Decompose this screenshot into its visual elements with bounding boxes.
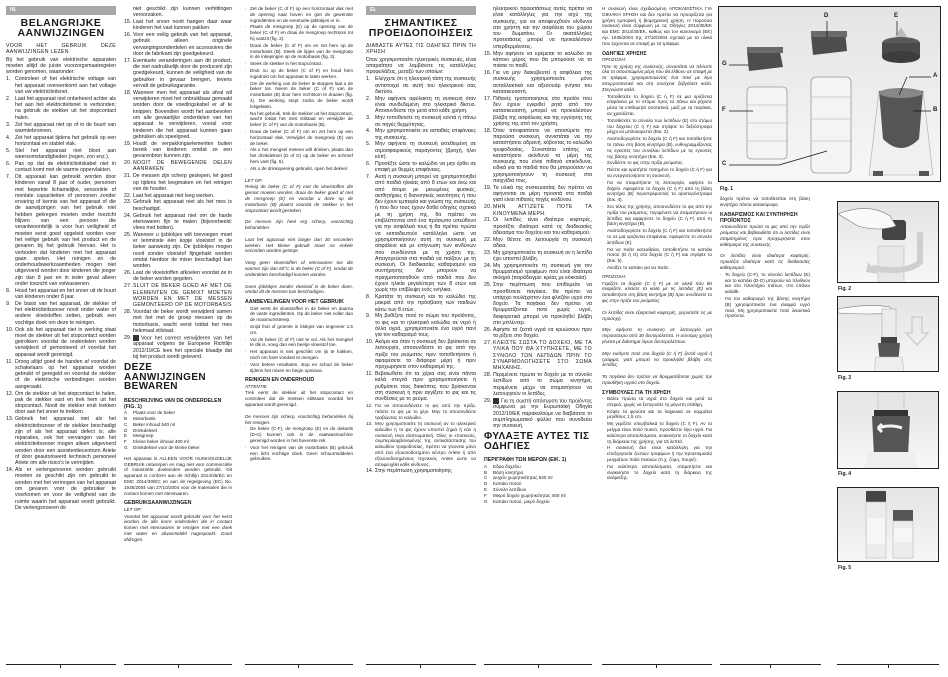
nl-warning-item: 8.Houd het apparaat en het snoer uit de …	[6, 288, 116, 301]
nl-warning-item: 3.Zet het apparaat niet op of in de buur…	[6, 122, 116, 135]
el-warning-item: 2.Μην αφήνετε αφύλακτη τη συσκευή όταν ε…	[366, 96, 476, 115]
nl-usage-intro: Voordat het apparaat wordt gebruikt voor…	[124, 514, 232, 543]
page-number-tick	[420, 664, 421, 668]
el-column-4: δοχείο πρέπει να τοποθετείται στη βάση κ…	[720, 196, 810, 636]
nl-title: BELANGRIJKE AANWIJZINGEN	[6, 18, 116, 38]
nl-warning-item: 13.Gebruik het apparaat niet als het ele…	[6, 416, 116, 466]
page-footer-rule	[245, 664, 353, 665]
el-usage-step: Τοποθετείτε το σύνολο των λεπίδων (E) στ…	[602, 118, 712, 135]
nl-cleaning-intro: Trek eerst de stekker uit het stopcontac…	[245, 390, 353, 407]
fig1-label-f: F	[722, 107, 726, 113]
el-warning-item: 19.Τα υλικά της συσκευασίας δεν πρέπει ν…	[484, 185, 592, 204]
page-footer-rule	[6, 664, 116, 665]
nl-warnings-list-continued: niet geschikt zijn kunnen verhittingen v…	[124, 6, 232, 360]
el-cleaning-intro: Αποσυνδέστε πρώτα το φις από την πρίζα ρ…	[720, 224, 810, 247]
page-number-tick	[178, 664, 179, 668]
page-number-tick	[538, 664, 539, 668]
nl-warning-item: 17.Eventuele veranderingen aan dit produ…	[124, 58, 232, 89]
nl-tip: Het apparaat is niet geschikt om ijs te …	[245, 349, 353, 361]
fig1-label-a: A	[933, 73, 937, 79]
nl-warning-item: 23.Gebruik het apparaat niet als het mes…	[124, 199, 232, 212]
page-number-tick	[298, 664, 299, 668]
el-attention-note: Οι λεπίδες είναι εξαιρετικά κοφτερές, χε…	[602, 310, 712, 322]
el-cleaning-item: Για τον καθαρισμό της βάσης κινητήρα (B)…	[720, 296, 810, 319]
jar-on-motor-base-illustration	[838, 297, 939, 372]
nl-attention-note: Voeg geen vloeistoffen of etenswaren toe…	[245, 260, 353, 277]
nl-intro: Bij het gebruik van elektrische apparate…	[6, 57, 116, 76]
nl-usage-step: Plaats de mesgroep (E) op de opening van…	[245, 24, 353, 41]
el-warning-item: 6.Προσέξτε ώστε το καλώδιο να μην έρθει …	[366, 161, 476, 174]
el-warning-item: 3.Μην τοποθετείτε τη συσκευή κοντά ή πάν…	[366, 115, 476, 128]
nl-warning-item: 11.Droog altijd goed de handen af voorda…	[6, 359, 116, 390]
el-usage-intro: Πριν τη χρήση της συσκευής, συνιστάται ν…	[602, 64, 712, 93]
nl-warning-item: 27.SLUIT DE BEKER GOED AF MET DE ELEMENT…	[124, 283, 232, 308]
el-cleaning-list: Το δοχείο (C-F), το σύνολο λεπίδων (E) κ…	[720, 272, 810, 319]
page-number-tick	[770, 664, 771, 668]
fig4-caption: Fig. 4	[838, 471, 851, 477]
el-warning-item: 14.Στην περίπτωση χρησιμοποίησης	[366, 468, 476, 474]
nl-attention-note: De messen zijn heel erg scherp, voorzich…	[245, 219, 353, 231]
el-title: ΣΗΜΑΝΤΙΚΕΣ ΠΡΟΕΙΔΟΠΟΙΗΣΕΙΣ	[366, 18, 476, 38]
page-footer-rule	[602, 664, 712, 665]
nl-intro-caps: VOOR HET GEBRUIK DEZE AANWIJZINGEN LEZEN	[6, 43, 116, 56]
el-usage-step: Για να πιείτε κατευθείαν, τοποθετήστε το…	[602, 247, 712, 264]
page-number-tick	[888, 664, 889, 668]
fig1-label-c: C	[722, 161, 726, 167]
el-usage-step: Για να σταματήσετε τη λειτουργία, αφήστε…	[602, 180, 712, 203]
fig1-label-b: B	[933, 107, 937, 113]
nl-warning-item: niet geschikt zijn kunnen verhittingen v…	[124, 6, 232, 19]
nl-warning-item: 22.Laat het apparaat niet leeg werken.	[124, 193, 232, 199]
fig1-label-g: G	[722, 61, 727, 67]
nl-usage-step: Als u het mengsel meteen wilt drinken, p…	[245, 147, 353, 164]
el-warning-item: 28.Περιμένετε πρώτα το δοχείο με το σύνο…	[484, 372, 592, 397]
el-tip: Μη γεμίζετε υπερβολικά το δοχείο (C ή F)…	[602, 421, 712, 444]
nl-warning-item: 16.Voor een veilig gebruik van het appar…	[124, 32, 232, 57]
nl-attention-note: Geen ijsblokjes zonder vloeistof in de b…	[245, 284, 353, 296]
el-warning-item: 24.Μη χρησιμοποιείτε τη συσκευή για τον …	[484, 263, 592, 282]
el-attention-label: ΠΡΟΣΟΧΗ:	[602, 274, 712, 280]
nl-usage-step: Om de werking van de beker te stoppen la…	[245, 81, 353, 110]
figure-1-exploded-view: G D E A B F C	[718, 6, 941, 182]
nl-attention-label: LET OP:	[245, 178, 353, 184]
nl-usage-step: Na het gebruik, trek de stekker uit het …	[245, 111, 353, 128]
el-warning-item: 26.Αφήστε τα ζεστά υγρά να κρυώσουν πριν…	[484, 327, 592, 340]
el-warning-item: 4.Μην χρησιμοποιείτε σε ασταθείς επιφάνε…	[366, 128, 476, 141]
nl-warning-item: 7.Dit apparaat kan gebruikt worden door …	[6, 174, 116, 287]
el-save-heading: ΦΥΛΑΞΤΕ ΑΥΤΕΣ ΤΙΣ ΟΔΗΓΙΕΣ	[484, 432, 592, 451]
nl-warning-item: 26.Laat de vloeistoffen afkoelen voordat…	[124, 270, 232, 283]
figure-5-jars-with-lids	[837, 487, 939, 562]
nl-warning-item: 6.Pas op dat de elektriciteitskabel niet…	[6, 161, 116, 174]
nl-warning-item: 2.Laat het apparaat niet onbeheerd achte…	[6, 96, 116, 121]
el-attention-note: Τα παγάκια δεν πρέπει να θρυμματίζονται …	[602, 374, 712, 386]
el-tips-list: Βάλτε πρώτα τα υγρά στο δοχείο και μετά …	[602, 396, 712, 481]
el-tips-tail: δοχείο πρέπει να τοποθετείται στη βάση κ…	[720, 196, 810, 208]
language-tab-el: EL	[366, 6, 476, 15]
nl-usage-step: Steek de stekker in het stopcontact.	[245, 61, 353, 67]
el-warning-item: 7.Αυτή η συσκευή μπορεί να χρησιμοποιηθε…	[366, 174, 476, 294]
jars-with-drink-lids-illustration	[838, 488, 939, 562]
el-usage-attention: ΠΡΟΣΟΧΗ:	[602, 57, 712, 63]
el-parts-list: AΕδρα δοχείου BΒάση κινητήρα CΔοχείο χωρ…	[484, 464, 592, 505]
nl-warning-item: 5.Stel het apparaat niet bloot aan weers…	[6, 148, 116, 161]
el-intro: Όταν χρησιμοποιείτε ηλεκτρικές συσκευές,…	[366, 57, 476, 76]
nl-attention-note: Reinig de beker (C of F) met de vloeisto…	[245, 184, 353, 213]
language-tab-nl: NL	[6, 6, 116, 15]
el-warning-item: 8.Κρατάτε τη συσκευή και το καλώδιο της …	[366, 294, 476, 313]
nl-usage-step: Draai de beker (C of F) om en zet hem op…	[245, 129, 353, 146]
fig1-label-d: D	[824, 13, 828, 19]
el-usage-step: Στο τέλος της χρήσης, αποσυνδέστε το φις…	[602, 204, 712, 227]
rotate-jar-illustration	[838, 392, 939, 469]
nl-usage-steps: Zet de beker (C of F) op een horizontaal…	[245, 6, 353, 172]
el-warning-item: 27.ΚΛΕΙΣΤΕ ΣΩΣΤΑ ΤΟ ΔΟΧΕΙΟ, ΜΕ ΤΑ ΥΛΙΚΑ …	[484, 340, 592, 371]
nl-warning-item: 20.NOOIT DE BEWEGENDE DELEN AANRAKEN	[124, 160, 232, 173]
el-warning-item: 21.Οι λεπίδες είναι ιδιαίτερα κοφτερές, …	[484, 217, 592, 236]
el-usage-step: Αναποδογυρίστε το δοχείο (C ή F) και τοπ…	[602, 228, 712, 245]
fig5-caption: Fig. 5	[838, 565, 851, 571]
el-warning-item: 29.Για τη σωστή απόσυρση του προϊόντος σ…	[484, 398, 592, 430]
part-c-large-jar	[811, 77, 851, 173]
fig1-label-e: E	[894, 13, 898, 19]
nl-tip: Snijd fruit of groente in blokjes van on…	[245, 324, 353, 336]
el-warning-item: 16.Για να μην διακυβευτεί η ασφάλεια της…	[484, 70, 592, 95]
nl-warning-item: 19.Houdt de verpakkingselementen buiten …	[124, 141, 232, 160]
nl-warning-item: 14.Als er verlengsnoeren worden gebruikt…	[6, 467, 116, 511]
el-tip: Για καλύτερα αποτελέσματα, σταματήστε κα…	[602, 464, 712, 481]
part-f-small-jar	[747, 87, 787, 159]
el-warning-item: 5.Μην αφήνετε τη συσκευή εκτεθειμένη σε …	[366, 141, 476, 160]
el-warning-item: 22.Μην θέτετε σε λειτουργία τη συσκευή ά…	[484, 237, 592, 250]
nl-compliance: Het apparaat is ALLEEN VOOR HUISHOUDELIJ…	[124, 456, 232, 497]
el-attention-note: Γεμίζετε τα δοχεία (C ή F) με τα υλικά π…	[602, 281, 712, 304]
nl-warning-item: 1.Controleer of het elektrische voltage …	[6, 76, 116, 95]
part-e-blade-assembly	[882, 27, 920, 63]
el-cleaning-heading: ΚΑΘΑΡΙΣΜΟΣ ΚΑΙ ΣΥΝΤΗΡΗΣΗ ΠΡΟΪΟΝΤΟΣ	[720, 212, 810, 225]
el-tip: Βάλτε πρώτα τα υγρά στο δοχείο και μετά …	[602, 396, 712, 408]
nl-usage-attention: LET OP:	[124, 507, 232, 513]
nl-cleaning-note: De messen zijn scherp, voorzichtig behan…	[245, 414, 353, 426]
el-intro-caps: ΔΙΑΒΑΣΤΕ ΑΥΤΕΣ ΤΙΣ ΟΔΗΓΙΕΣ ΠΡΙΝ ΤΗ ΧΡΗΣΗ	[366, 43, 476, 56]
el-warning-item: 11.Βεβαιωθείτε ότι τα χέρια σας είναι πά…	[366, 371, 476, 402]
nl-warning-item: 21.De messen zijn scherp geslepen, let g…	[124, 173, 232, 192]
nl-warning-item: 28.Voordat de beker wordt verwijderd sam…	[124, 309, 232, 334]
el-warning-item: 25.Στην περίπτωση που επιθυμείτε να προσ…	[484, 282, 592, 326]
el-warning-item: 17.Πιθανές τροποποιήσεις στο προϊόν που …	[484, 96, 592, 127]
nl-parts-heading: BESCHRIJVING VAN DE ONDERDELEN (Fig. 1)	[124, 398, 232, 411]
nl-warning-item: 12.Om de stekker uit het stopcontact te …	[6, 391, 116, 416]
el-warning-item: 20.ΜΗΝ ΑΓΓΙΖΕΤΕ ΠΟΤΕ ΤΑ ΚΙΝΟΥΜΕΝΑ ΜΕΡΗ.	[484, 204, 592, 217]
el-column-1: EL ΣΗΜΑΝΤΙΚΕΣ ΠΡΟΕΙΔΟΠΟΙΗΣΕΙΣ ΔΙΑΒΑΣΤΕ Α…	[366, 6, 476, 636]
nl-warning-item: 24.Gebruik het apparaat niet om de harde…	[124, 213, 232, 232]
el-warning-item: 9.Μη βυθίζετε ποτέ το σώμα του προϊόντος…	[366, 313, 476, 338]
el-compliance: Η συσκευή είναι σχεδιασμένη ΑΠΟΚΛΕΙΣΤΙΚΑ…	[602, 6, 712, 47]
el-column-2: ηλεκτρικού προεκτάσεως αυτές πρέπει να ε…	[484, 6, 592, 636]
el-warning-item: 10.Ακόμα και όταν η συσκευή δεν βρίσκετα…	[366, 339, 476, 370]
figure-4-rotate-jar	[837, 391, 939, 469]
el-cleaning-item: Το δοχείο (C-F), το σύνολο λεπίδων (E) κ…	[720, 272, 810, 295]
el-tip: Η συσκευή δεν είναι κατάλληλη για την επ…	[602, 445, 712, 462]
nl-warnings-list: 1.Controleer of het elektrische voltage …	[6, 76, 116, 511]
weee-bin-icon	[133, 335, 139, 341]
nl-column-1: NL BELANGRIJKE AANWIJZINGEN VOOR HET GEB…	[6, 6, 116, 636]
el-warning-item: 1.Ελέγχετε ότι η ηλεκτρική τάση της συσκ…	[366, 76, 476, 95]
el-usage-step: Συνδέστε το φις στην πρίζα ρεύματος.	[602, 160, 712, 166]
part-g-drink-lid-small	[747, 47, 783, 71]
nl-tip: Voor betere resultaten, stop en schud de…	[245, 362, 353, 374]
hand-attaching-blade-illustration	[838, 202, 939, 283]
el-attention-note: Μην εισάγετε ποτέ στα δοχεία (C ή F) ζεσ…	[602, 351, 712, 368]
nl-warning-item: 29.Voor het correct verwijderen van het …	[124, 335, 232, 361]
nl-warning-item: 25.Wanneer u ijsblokjes wilt toevoegen m…	[124, 232, 232, 270]
weee-bin-icon	[493, 398, 499, 404]
nl-parts-list: APlaats voor de beker BMotorbasis CBeker…	[124, 410, 232, 451]
nl-tip: Vul de beker (C of F) niet te vol. Als h…	[245, 337, 353, 349]
page-number-tick	[656, 664, 657, 668]
nl-save-heading: DEZE AANWIJZINGEN BEWAREN	[124, 363, 232, 392]
nl-usage-step: Zet de beker (C of F) op een horizontaal…	[245, 6, 353, 23]
el-warning-item: 23.Μη χρησιμοποιείτε τη συσκευή αν η λεπ…	[484, 250, 592, 263]
el-warning-item: 15.Μην αφήνετε να κρέμεται το καλώδιο σε…	[484, 51, 592, 70]
el-cleaning-note: Οι λεπίδες είναι ιδιαίτερα κοφτερές, προ…	[720, 253, 810, 270]
nl-warning-item: 9.De basis van het apparaat, de stekker …	[6, 301, 116, 326]
el-warning-item: 12.Για να αποσυνδέσετε το φις από την πρ…	[366, 403, 476, 420]
nl-column-3: Zet de beker (C of F) op een horizontaal…	[245, 6, 353, 636]
el-column-3: Η συσκευή είναι σχεδιασμένη ΑΠΟΚΛΕΙΣΤΙΚΑ…	[602, 6, 712, 646]
el-usage-steps: Τοποθετείτε το δοχείο (C ή F) σε μια ορι…	[602, 94, 712, 271]
el-warnings-list-continued: ηλεκτρικού προεκτάσεως αυτές πρέπει να ε…	[484, 6, 592, 429]
nl-cleaning-attention: ATTENTIE	[245, 384, 353, 390]
nl-tips-list: Giet eerst de vloeistoffen in de beker e…	[245, 306, 353, 374]
el-part-item: GΚαπάκι ποτού, μικρό δοχείο	[484, 499, 592, 505]
nl-tip: Giet eerst de vloeistoffen in de beker e…	[245, 306, 353, 323]
el-usage-step: Πιέστε και κρατήστε πατημένο το δοχείο (…	[602, 167, 712, 179]
nl-usage-step: Druk nu op de beker (C of F) en houd hem…	[245, 68, 353, 80]
fig1-caption: Fig. 1	[720, 186, 733, 192]
nl-warning-item: 15.Laat het snoer nooit hangen daar waar…	[124, 19, 232, 32]
part-d-drink-lid	[811, 31, 847, 55]
nl-cleaning-item: De beker (C-F), de mesgroep (E) en de de…	[245, 426, 353, 443]
nl-usage-step: Als u de drinkopening gebruikt, open het…	[245, 166, 353, 172]
fig3-caption: Fig. 3	[838, 375, 851, 381]
nl-warning-item: 4.Zet het apparaat tijdens het gebruik o…	[6, 135, 116, 148]
nl-usage-step: Draai de beker (C of F) om en zet hem op…	[245, 43, 353, 60]
el-warning-item: 13.Μην χρησιμοποιείτε τη συσκευή αν το η…	[366, 421, 476, 467]
page-number-tick	[60, 664, 61, 668]
fig2-caption: Fig. 2	[838, 286, 851, 292]
el-warning-item: ηλεκτρικού προεκτάσεως αυτές πρέπει να ε…	[484, 6, 592, 50]
nl-column-2: niet geschikt zijn kunnen verhittingen v…	[124, 6, 232, 636]
nl-warning-item: 18.Wanneer men het apparaat als afval wi…	[124, 90, 232, 140]
nl-cleaning-list: De beker (C-F), de mesgroep (E) en de de…	[245, 426, 353, 462]
el-usage-step: Αναποδογυρίστε το δοχείο (C ή F) και τοπ…	[602, 136, 712, 159]
nl-attention-note: Laat het apparaat niet langer dan 30 sec…	[245, 237, 353, 254]
el-usage-step: Ανοίξτε το καπάκι για να πιείτε.	[602, 265, 712, 271]
nl-cleaning-item: Voor het reinigen van de motorbasis (B) …	[245, 445, 353, 462]
part-b-motor-base	[869, 88, 933, 176]
el-warnings-list: 1.Ελέγχετε ότι η ηλεκτρική τάση της συσκ…	[366, 76, 476, 474]
page-footer-rule	[366, 664, 476, 665]
el-usage-step: Τοποθετείτε το δοχείο (C ή F) σε μια ορι…	[602, 94, 712, 117]
figure-2-attach-blade	[837, 201, 939, 283]
el-attention-note: Μην αφήνετε τη συσκευή σε λειτουργία για…	[602, 327, 712, 344]
nl-warning-item: 10.Ook als het apparaat niet in werking …	[6, 327, 116, 358]
figure-3-mount-jar	[837, 296, 939, 372]
el-tip: Κόψτε τα φρούτα και τα λαχανικά σε κομμά…	[602, 409, 712, 421]
el-warning-item: 18.Όταν αποφασίσετε να αποσύρετε την παρ…	[484, 128, 592, 185]
blender-parts-illustration	[719, 7, 941, 182]
